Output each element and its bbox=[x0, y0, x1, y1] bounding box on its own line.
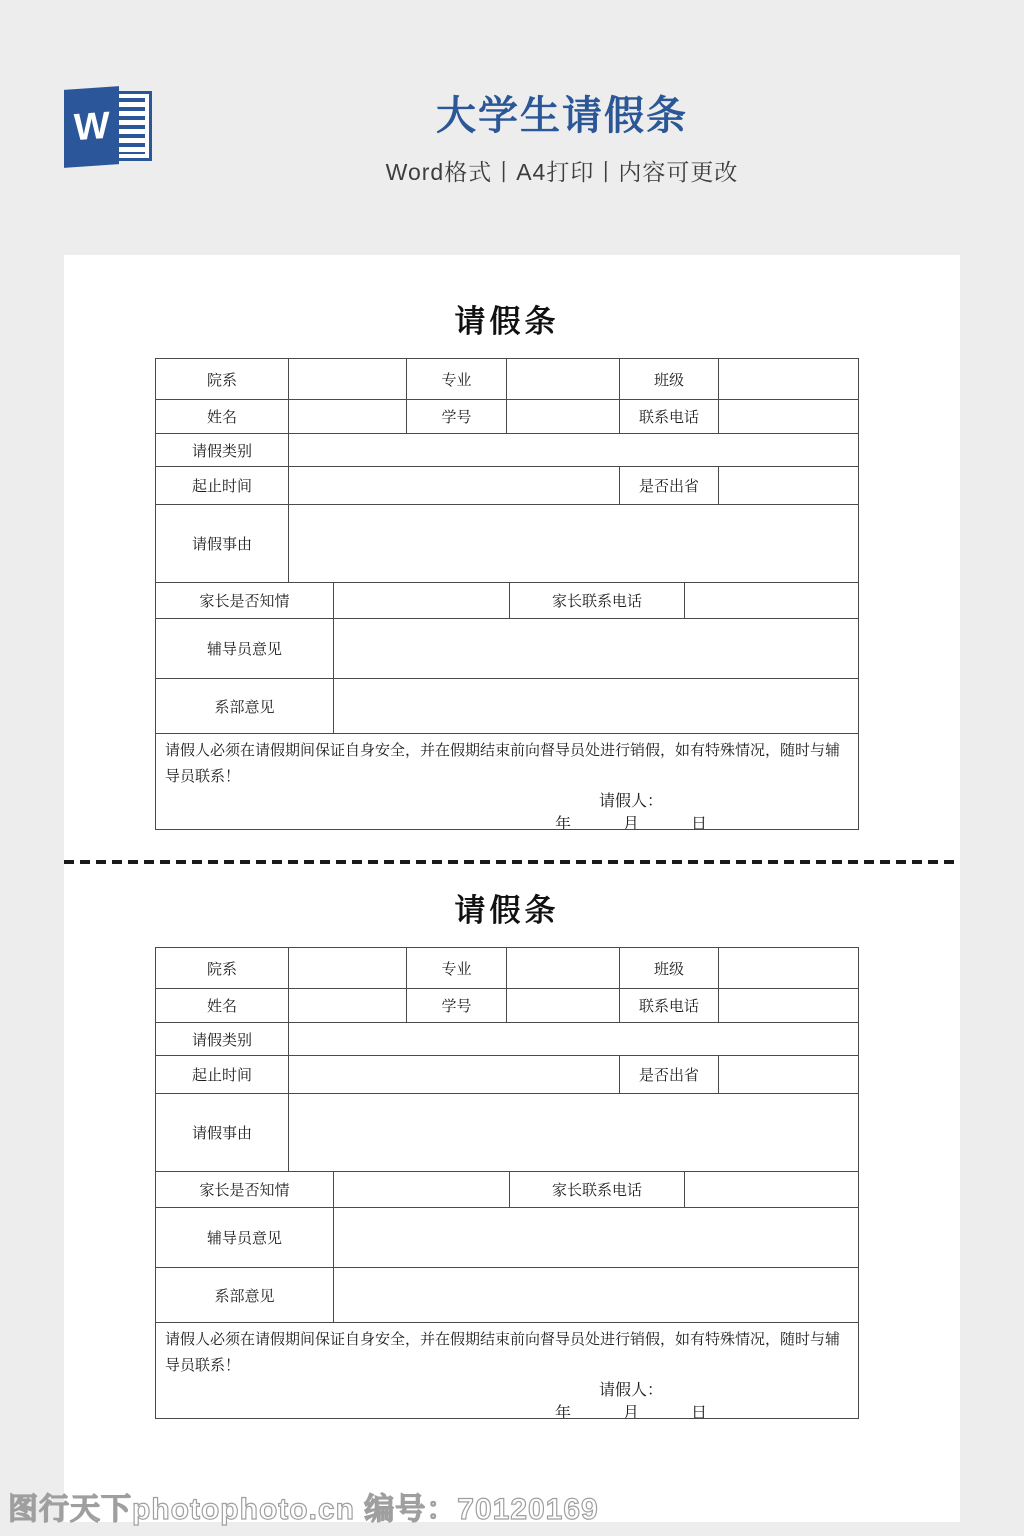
table-row: 系部意见 bbox=[156, 678, 858, 733]
document-page: 请假条 院系 专业 班级 姓名 学号 联系电话 请假类别 bbox=[64, 255, 960, 1522]
signature-block: 请假人： 年 月 日 bbox=[455, 1381, 807, 1418]
leave-form-slot-top: 请假条 院系 专业 班级 姓名 学号 联系电话 请假类别 bbox=[64, 301, 960, 830]
leave-type-label: 请假类别 bbox=[156, 434, 289, 466]
parent-phone-label: 家长联系电话 bbox=[510, 1172, 685, 1207]
table-row: 辅导员意见 bbox=[156, 1207, 858, 1267]
safety-note: 请假人必须在请假期间保证自身安全，并在假期结束前向督导员处进行销假，如有特殊情况… bbox=[165, 1327, 849, 1379]
table-row: 请假人必须在请假期间保证自身安全，并在假期结束前向督导员处进行销假，如有特殊情况… bbox=[156, 1322, 858, 1418]
table-row: 院系 专业 班级 bbox=[156, 359, 858, 399]
leave-reason-label: 请假事由 bbox=[156, 505, 289, 582]
time-range-input-cell[interactable] bbox=[289, 467, 620, 504]
date-month-label: 月 bbox=[623, 1404, 639, 1418]
department-input-cell[interactable] bbox=[289, 359, 407, 399]
student-id-input-cell[interactable] bbox=[507, 400, 620, 433]
major-input-cell[interactable] bbox=[507, 359, 620, 399]
table-row: 姓名 学号 联系电话 bbox=[156, 399, 858, 433]
major-label: 专业 bbox=[407, 948, 507, 988]
leave-reason-input-cell[interactable] bbox=[289, 1094, 858, 1171]
department-label: 院系 bbox=[156, 359, 289, 399]
counselor-opinion-label: 辅导员意见 bbox=[156, 1208, 334, 1267]
signer-label: 请假人： bbox=[455, 792, 807, 812]
out-of-province-input-cell[interactable] bbox=[719, 1056, 858, 1093]
out-of-province-input-cell[interactable] bbox=[719, 467, 858, 504]
major-label: 专业 bbox=[407, 359, 507, 399]
out-of-province-label: 是否出省 bbox=[620, 1056, 719, 1093]
table-row: 院系 专业 班级 bbox=[156, 948, 858, 988]
doc-subtitle: Word格式丨A4打印丨内容可更改 bbox=[100, 154, 1024, 187]
date-day-label: 日 bbox=[691, 1404, 707, 1418]
signer-label: 请假人： bbox=[455, 1381, 807, 1401]
name-label: 姓名 bbox=[156, 400, 289, 433]
parent-informed-input-cell[interactable] bbox=[334, 583, 510, 618]
time-range-label: 起止时间 bbox=[156, 1056, 289, 1093]
leave-form: 请假条 院系 专业 班级 姓名 学号 联系电话 请假类别 bbox=[155, 890, 859, 1419]
parent-phone-input-cell[interactable] bbox=[685, 583, 858, 618]
leave-reason-input-cell[interactable] bbox=[289, 505, 858, 582]
student-id-label: 学号 bbox=[407, 400, 507, 433]
page-header: W 大学生请假条 Word格式丨A4打印丨内容可更改 bbox=[0, 0, 1024, 255]
table-row: 系部意见 bbox=[156, 1267, 858, 1322]
department-input-cell[interactable] bbox=[289, 948, 407, 988]
table-row: 请假事由 bbox=[156, 504, 858, 582]
cut-line bbox=[64, 860, 960, 864]
phone-label: 联系电话 bbox=[620, 400, 719, 433]
leave-type-input-cell[interactable] bbox=[289, 1023, 858, 1055]
major-input-cell[interactable] bbox=[507, 948, 620, 988]
parent-informed-label: 家长是否知情 bbox=[156, 583, 334, 618]
class-label: 班级 bbox=[620, 359, 719, 399]
leave-form-slot-bottom: 请假条 院系 专业 班级 姓名 学号 联系电话 请假类别 bbox=[64, 890, 960, 1419]
leave-form-table: 院系 专业 班级 姓名 学号 联系电话 请假类别 起止时间 bbox=[155, 947, 859, 1419]
date-line: 年 月 日 bbox=[455, 815, 807, 829]
dept-opinion-label: 系部意见 bbox=[156, 1268, 334, 1322]
dept-opinion-input-cell[interactable] bbox=[334, 1268, 858, 1322]
counselor-opinion-label: 辅导员意见 bbox=[156, 619, 334, 678]
table-row: 起止时间 是否出省 bbox=[156, 1055, 858, 1093]
parent-phone-label: 家长联系电话 bbox=[510, 583, 685, 618]
time-range-input-cell[interactable] bbox=[289, 1056, 620, 1093]
leave-form-table: 院系 专业 班级 姓名 学号 联系电话 请假类别 起止时间 bbox=[155, 358, 859, 830]
phone-input-cell[interactable] bbox=[719, 989, 858, 1022]
parent-informed-input-cell[interactable] bbox=[334, 1172, 510, 1207]
student-id-label: 学号 bbox=[407, 989, 507, 1022]
table-row: 请假类别 bbox=[156, 433, 858, 466]
signature-block: 请假人： 年 月 日 bbox=[455, 792, 807, 829]
table-row: 家长是否知情 家长联系电话 bbox=[156, 582, 858, 618]
name-label: 姓名 bbox=[156, 989, 289, 1022]
header-text-block: 大学生请假条 Word格式丨A4打印丨内容可更改 bbox=[100, 94, 1024, 187]
table-row: 请假事由 bbox=[156, 1093, 858, 1171]
table-row: 姓名 学号 联系电话 bbox=[156, 988, 858, 1022]
date-month-label: 月 bbox=[623, 815, 639, 829]
footer-note-cell: 请假人必须在请假期间保证自身安全，并在假期结束前向督导员处进行销假，如有特殊情况… bbox=[156, 1323, 858, 1418]
out-of-province-label: 是否出省 bbox=[620, 467, 719, 504]
dept-opinion-label: 系部意见 bbox=[156, 679, 334, 733]
form-title: 请假条 bbox=[155, 890, 859, 932]
class-label: 班级 bbox=[620, 948, 719, 988]
student-id-input-cell[interactable] bbox=[507, 989, 620, 1022]
leave-reason-label: 请假事由 bbox=[156, 1094, 289, 1171]
safety-note: 请假人必须在请假期间保证自身安全，并在假期结束前向督导员处进行销假，如有特殊情况… bbox=[165, 738, 849, 790]
form-title: 请假条 bbox=[155, 301, 859, 343]
table-row: 请假人必须在请假期间保证自身安全，并在假期结束前向督导员处进行销假，如有特殊情况… bbox=[156, 733, 858, 829]
watermark-text: 图行天下photophoto.cn 编号：70120169 bbox=[8, 1484, 599, 1528]
phone-label: 联系电话 bbox=[620, 989, 719, 1022]
phone-input-cell[interactable] bbox=[719, 400, 858, 433]
date-line: 年 月 日 bbox=[455, 1404, 807, 1418]
class-input-cell[interactable] bbox=[719, 948, 858, 988]
parent-informed-label: 家长是否知情 bbox=[156, 1172, 334, 1207]
name-input-cell[interactable] bbox=[289, 400, 407, 433]
table-row: 辅导员意见 bbox=[156, 618, 858, 678]
leave-type-label: 请假类别 bbox=[156, 1023, 289, 1055]
time-range-label: 起止时间 bbox=[156, 467, 289, 504]
date-year-label: 年 bbox=[555, 1404, 571, 1418]
doc-title: 大学生请假条 bbox=[100, 94, 1024, 138]
parent-phone-input-cell[interactable] bbox=[685, 1172, 858, 1207]
table-row: 请假类别 bbox=[156, 1022, 858, 1055]
leave-type-input-cell[interactable] bbox=[289, 434, 858, 466]
table-row: 家长是否知情 家长联系电话 bbox=[156, 1171, 858, 1207]
date-year-label: 年 bbox=[555, 815, 571, 829]
dept-opinion-input-cell[interactable] bbox=[334, 679, 858, 733]
name-input-cell[interactable] bbox=[289, 989, 407, 1022]
leave-form: 请假条 院系 专业 班级 姓名 学号 联系电话 请假类别 bbox=[155, 301, 859, 830]
table-row: 起止时间 是否出省 bbox=[156, 466, 858, 504]
class-input-cell[interactable] bbox=[719, 359, 858, 399]
footer-note-cell: 请假人必须在请假期间保证自身安全，并在假期结束前向督导员处进行销假，如有特殊情况… bbox=[156, 734, 858, 829]
counselor-opinion-input-cell[interactable] bbox=[334, 619, 858, 678]
counselor-opinion-input-cell[interactable] bbox=[334, 1208, 858, 1267]
department-label: 院系 bbox=[156, 948, 289, 988]
date-day-label: 日 bbox=[691, 815, 707, 829]
